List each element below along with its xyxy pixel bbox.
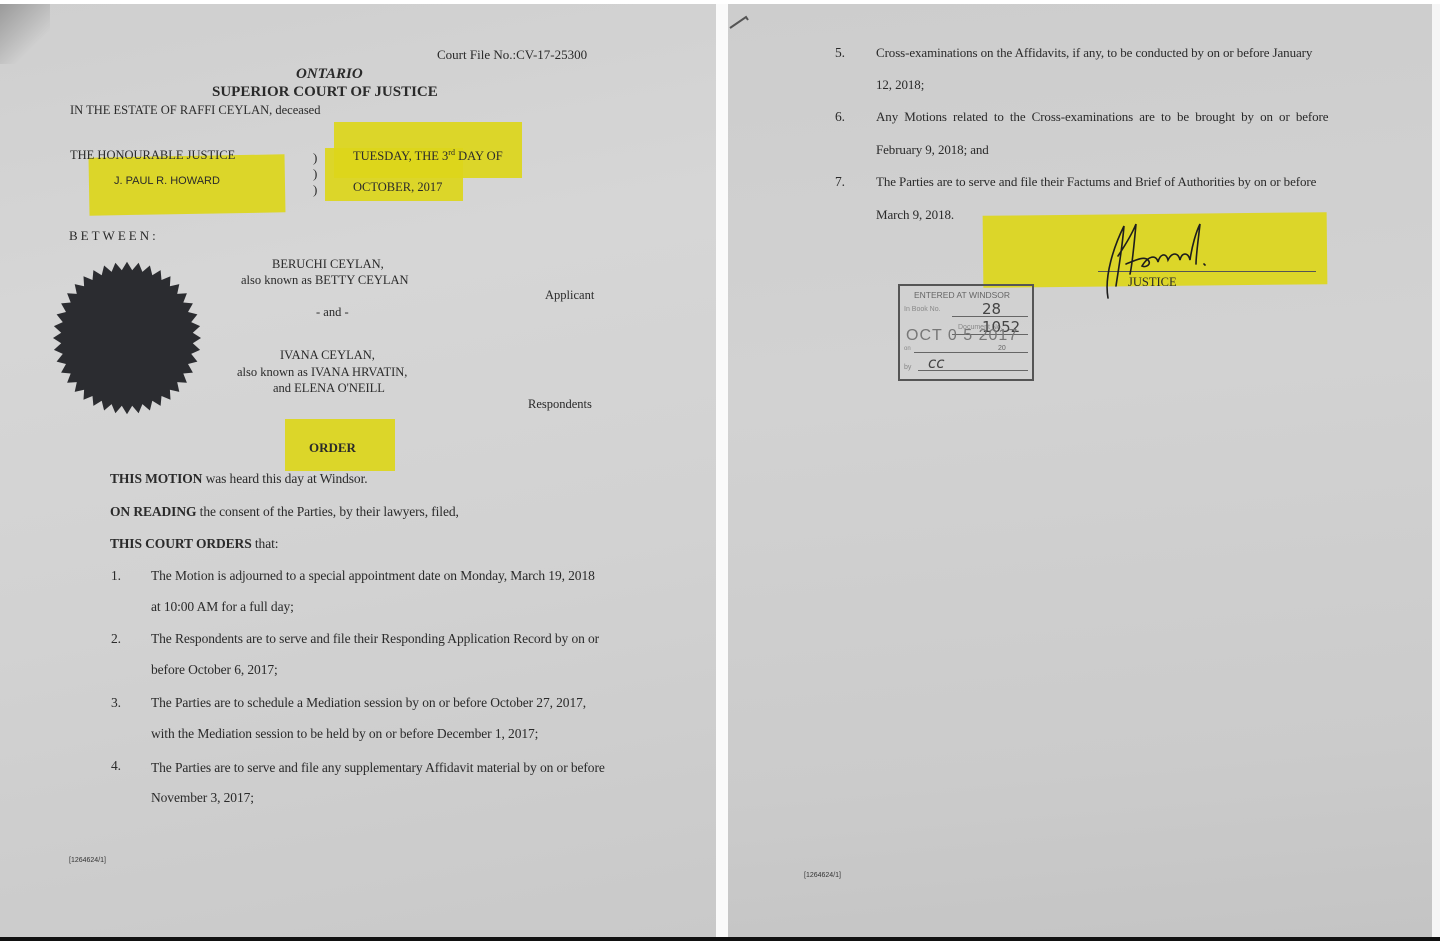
court-file-number: Court File No.:CV-17-25300 [437,48,587,61]
order-page-2: 5. Cross-examinations on the Affidavits,… [728,4,1432,937]
stamp-book-value: 28 [982,300,1001,318]
order-number: 7. [835,175,845,189]
page-curl-shadow [0,4,50,64]
order-text: with the Mediation session to be held by… [151,727,538,741]
stamp-on-label: on [904,346,911,352]
order-number: 4. [111,759,121,773]
order-text: The Respondents are to serve and file th… [151,632,599,646]
justice-label: THE HONOURABLE JUSTICE [70,149,235,162]
bracket: ) [313,183,317,196]
order-number: 6. [835,110,845,124]
between-label: BETWEEN: [69,229,159,242]
hearing-date-line-1: TUESDAY, THE 3rd DAY OF [353,149,503,163]
right-border [1432,4,1440,937]
pen-mark-icon [728,12,752,34]
preamble-lead: THIS COURT ORDERS [110,536,252,551]
bracket: ) [313,167,317,180]
stamp-year-label: 20 [998,345,1006,352]
applicant-aka: also known as BETTY CEYLAN [241,274,409,287]
order-text: March 9, 2018. [876,208,954,221]
court-heading: SUPERIOR COURT OF JUSTICE [212,85,438,100]
justice-name: J. PAUL R. HOWARD [114,176,220,187]
document-footer-code: [1264624/1] [69,857,106,864]
signature-label: JUSTICE [1128,276,1177,289]
stamp-book-label: In Book No. [904,306,941,313]
preamble-text: that: [252,536,279,551]
order-number: 3. [111,696,121,710]
respondent-other: and ELENA O'NEILL [273,382,385,395]
stamp-title: ENTERED AT WINDSOR [914,290,1010,300]
stamp-line [914,352,1028,353]
province-heading: ONTARIO [296,67,363,82]
date-ordinal: rd [448,148,455,157]
respondents-role: Respondents [528,398,592,411]
order-text: The Parties are to serve and file their … [876,175,1316,188]
order-text: February 9, 2018; and [876,143,989,156]
preamble-lead: ON READING [110,504,196,519]
judge-signature-icon [1096,216,1236,306]
order-text: The Motion is adjourned to a special app… [151,569,595,583]
bracket: ) [313,151,317,164]
order-text: Any Motions related to the Cross-examina… [876,110,1328,123]
order-number: 5. [835,46,845,60]
preamble-orders: THIS COURT ORDERS that: [110,537,278,551]
document-title: ORDER [309,441,356,454]
page-divider [716,4,728,937]
date-text: TUESDAY, THE 3 [353,149,448,163]
versus-separator: - and - [316,306,349,319]
order-text: 12, 2018; [876,78,924,91]
order-number: 1. [111,569,121,583]
court-seal-icon [52,259,202,417]
order-text: The Parties are to schedule a Mediation … [151,696,586,710]
applicant-role: Applicant [545,289,594,302]
order-page-1: Court File No.:CV-17-25300 ONTARIO SUPER… [0,4,716,937]
applicant-name: BERUCHI CEYLAN, [272,258,384,271]
document-footer-code: [1264624/1] [804,872,841,879]
estate-line: IN THE ESTATE OF RAFFI CEYLAN, deceased [70,104,320,117]
preamble-text: the consent of the Parties, by their law… [196,504,458,519]
order-text: Cross-examinations on the Affidavits, if… [876,46,1312,59]
respondent-aka: also known as IVANA HRVATIN, [237,366,407,379]
preamble-lead: THIS MOTION [110,471,202,486]
hearing-date-line-2: OCTOBER, 2017 [353,181,442,194]
order-number: 2. [111,632,121,646]
respondent-name: IVANA CEYLAN, [280,349,375,362]
order-text: November 3, 2017; [151,791,254,805]
order-text: The Parties are to serve and file any su… [151,761,605,775]
preamble-text: was heard this day at Windsor. [202,471,367,486]
stamp-line [918,370,1028,371]
entered-stamp: ENTERED AT WINDSOR In Book No. 28 Docume… [898,284,1034,381]
preamble-motion: THIS MOTION was heard this day at Windso… [110,472,368,486]
preamble-reading: ON READING the consent of the Parties, b… [110,505,459,519]
order-text: at 10:00 AM for a full day; [151,600,294,614]
order-text: before October 6, 2017; [151,663,278,677]
bottom-border [0,937,1440,941]
stamp-date: OCT 0 5 2017 [906,327,1018,345]
stamp-by-label: by [904,364,911,371]
date-text: DAY OF [455,149,503,163]
